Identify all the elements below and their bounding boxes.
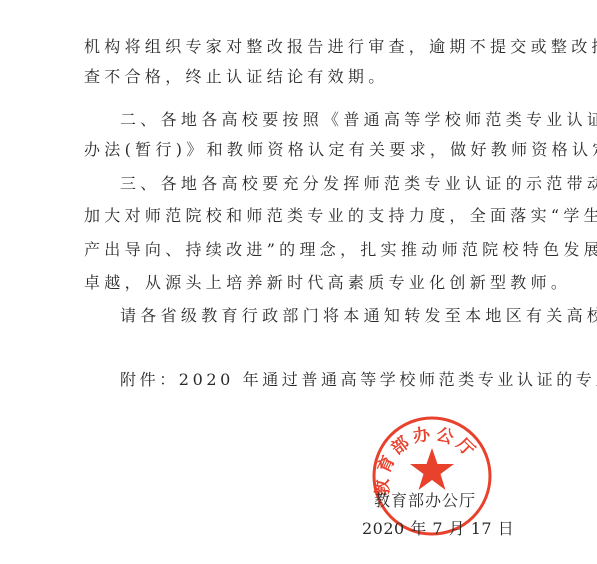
- paragraph-line: 请各省级教育行政部门将本通知转发至本地区有关高校。: [120, 306, 597, 326]
- attachment-line: 附件：2020 年通过普通高等学校师范类专业认证的专业名单: [120, 370, 597, 390]
- paragraph-line: 三、各地各高校要充分发挥师范类专业认证的示范带动作用，: [120, 174, 597, 194]
- issuer-name: 教育部办公厅: [374, 488, 476, 511]
- paragraph-line: 机构将组织专家对整改报告进行审查，逾期不提交或整改报告审: [84, 37, 597, 57]
- paragraph-line: 二、各地各高校要按照《普通高等学校师范类专业认证实施: [120, 110, 597, 130]
- paragraph-line: 查不合格，终止认证结论有效期。: [84, 67, 389, 87]
- paragraph-line: 办法(暂行)》和教师资格认定有关要求，做好教师资格认定工作。: [84, 140, 597, 160]
- issue-date: 2020 年 7 月 17 日: [362, 516, 514, 539]
- paragraph-line: 加大对师范院校和师范类专业的支持力度，全面落实“学生中心、: [84, 206, 597, 226]
- svg-text:教育部办公厅: 教育部办公厅: [372, 423, 481, 497]
- paragraph-line: 产出导向、持续改进”的理念，扎实推动师范院校特色发展、追求: [84, 240, 597, 260]
- paragraph-line: 卓越，从源头上培养新时代高素质专业化创新型教师。: [84, 273, 571, 293]
